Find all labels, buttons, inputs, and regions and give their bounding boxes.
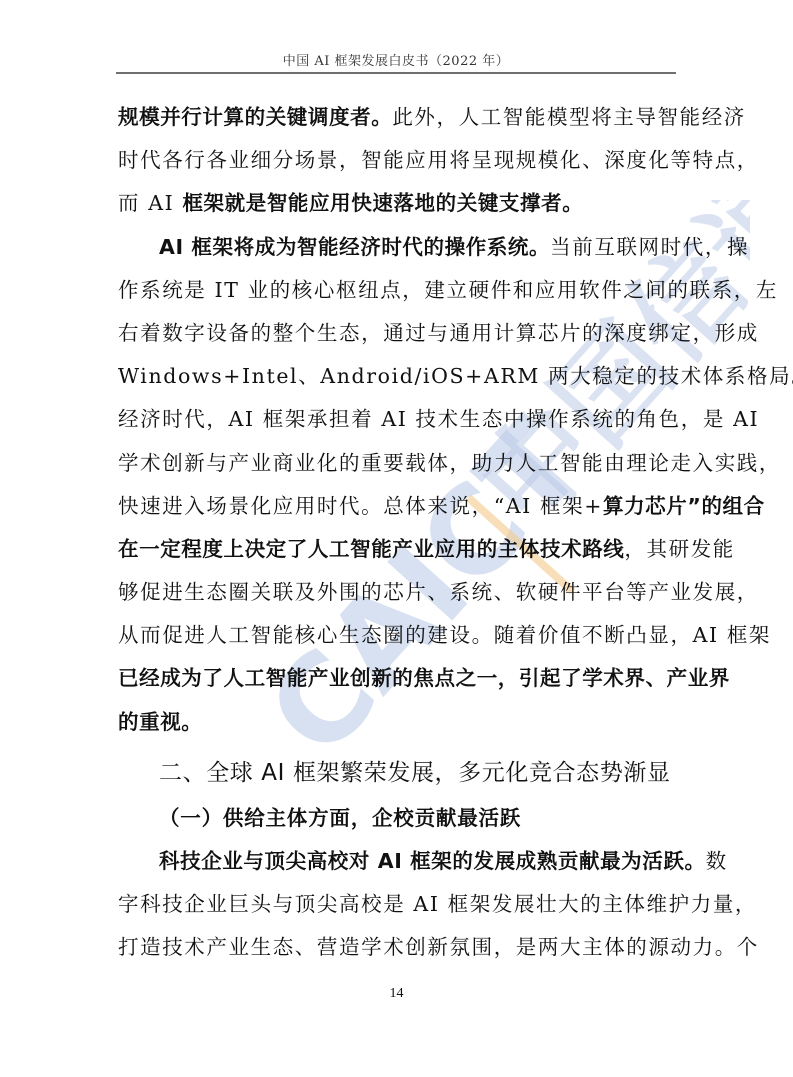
bold-text-run: AI 框架将成为智能经济时代的操作系统。	[159, 235, 550, 259]
bold-text-run: 科技企业与顶尖高校对 AI 框架的发展成熟贡献最为活跃。	[159, 849, 706, 873]
text-run: 当前互联网时代，操	[550, 235, 749, 259]
text-line: Windows+Intel、Android/iOS+ARM 两大稳定的技术体系格…	[118, 355, 680, 398]
text-run: 数	[706, 849, 728, 873]
text-line: 打造技术产业生态、营造学术创新氛围，是两大主体的源动力。个	[118, 926, 680, 969]
text-line: 经济时代，AI 框架承担着 AI 技术生态中操作系统的角色，是 AI	[118, 398, 680, 441]
text-run: 经济时代，AI 框架承担着 AI 技术生态中操作系统的角色，是 AI	[118, 407, 759, 431]
bold-text-run: 在一定程度上决定了人工智能产业应用的主体技术路线	[118, 537, 624, 561]
text-run: 打造技术产业生态、营造学术创新氛围，是两大主体的源动力。个	[118, 935, 759, 959]
text-line: 作系统是 IT 业的核心枢纽点，建立硬件和应用软件之间的联系，左	[118, 269, 680, 312]
text-run: 此外，人工智能模型将主导智能经济	[392, 105, 746, 129]
bold-text-run: 规模并行计算的关键调度者。	[118, 105, 392, 129]
text-run: 时代各行各业细分场景，智能应用将呈现规模化、深度化等特点，	[118, 148, 759, 172]
body-text: 规模并行计算的关键调度者。此外，人工智能模型将主导智能经济时代各行各业细分场景，…	[118, 96, 680, 969]
text-run: 字科技企业巨头与顶尖高校是 AI 框架发展壮大的主体维护力量，	[118, 892, 757, 916]
bold-text-run: 的重视。	[118, 710, 202, 734]
text-line: 而 AI 框架就是智能应用快速落地的关键支撑者。	[118, 182, 680, 225]
paragraph-2: AI 框架将成为智能经济时代的操作系统。当前互联网时代，操作系统是 IT 业的核…	[118, 226, 680, 744]
text-run: Windows+Intel、Android/iOS+ARM 两大稳定的技术体系格…	[118, 364, 793, 388]
bold-text-run: 已经成为了人工智能产业创新的焦点之一，引起了学术界、产业界	[118, 666, 730, 690]
text-line: 科技企业与顶尖高校对 AI 框架的发展成熟贡献最为活跃。数	[118, 840, 680, 883]
text-run: 快速进入场景化应用时代。总体来说，“AI 框架+	[118, 494, 603, 518]
paragraph-1: 规模并行计算的关键调度者。此外，人工智能模型将主导智能经济时代各行各业细分场景，…	[118, 96, 680, 226]
bold-text-run: 框架就是智能应用快速落地的关键支撑者。	[182, 191, 583, 215]
subsection-heading: （一）供给主体方面，企校贡献最活跃	[118, 796, 680, 840]
text-line: 在一定程度上决定了人工智能产业应用的主体技术路线，其研发能	[118, 528, 680, 571]
text-run: 学术创新与产业商业化的重要载体，助力人工智能由理论走入实践，	[118, 451, 781, 475]
paragraph-3: 科技企业与顶尖高校对 AI 框架的发展成熟贡献最为活跃。数字科技企业巨头与顶尖高…	[118, 840, 680, 970]
text-line: 已经成为了人工智能产业创新的焦点之一，引起了学术界、产业界	[118, 657, 680, 700]
page-number: 14	[0, 986, 793, 1002]
text-line: 字科技企业巨头与顶尖高校是 AI 框架发展壮大的主体维护力量，	[118, 883, 680, 926]
text-run: ，其研发能	[624, 537, 735, 561]
text-line: 右着数字设备的整个生态，通过与通用计算芯片的深度绑定，形成	[118, 312, 680, 355]
running-header: 中国 AI 框架发展白皮书（2022 年）	[116, 50, 676, 69]
text-line: 够促进生态圈关联及外围的芯片、系统、软硬件平台等产业发展，	[118, 571, 680, 614]
text-run: 而 AI	[118, 191, 182, 215]
header-rule	[116, 72, 676, 74]
text-line: AI 框架将成为智能经济时代的操作系统。当前互联网时代，操	[118, 226, 680, 269]
text-run: 右着数字设备的整个生态，通过与通用计算芯片的深度绑定，形成	[118, 321, 759, 345]
text-run: 作系统是 IT 业的核心枢纽点，建立硬件和应用软件之间的联系，左	[118, 278, 778, 302]
text-line: 从而促进人工智能核心生态圈的建设。随着价值不断凸显，AI 框架	[118, 614, 680, 657]
text-line: 快速进入场景化应用时代。总体来说，“AI 框架+算力芯片”的组合	[118, 485, 680, 528]
section-heading: 二、全球 AI 框架繁荣发展，多元化竞合态势渐显	[118, 750, 680, 796]
text-line: 时代各行各业细分场景，智能应用将呈现规模化、深度化等特点，	[118, 139, 680, 182]
document-page: 中国 AI 框架发展白皮书（2022 年） CAICT 中国信通院 规模并行计算…	[0, 0, 793, 1077]
text-run: 从而促进人工智能核心生态圈的建设。随着价值不断凸显，AI 框架	[118, 623, 771, 647]
text-line: 的重视。	[118, 701, 680, 744]
text-line: 规模并行计算的关键调度者。此外，人工智能模型将主导智能经济	[118, 96, 680, 139]
bold-text-run: 算力芯片”的组合	[603, 494, 765, 518]
text-run: 够促进生态圈关联及外围的芯片、系统、软硬件平台等产业发展，	[118, 580, 759, 604]
text-line: 学术创新与产业商业化的重要载体，助力人工智能由理论走入实践，	[118, 442, 680, 485]
